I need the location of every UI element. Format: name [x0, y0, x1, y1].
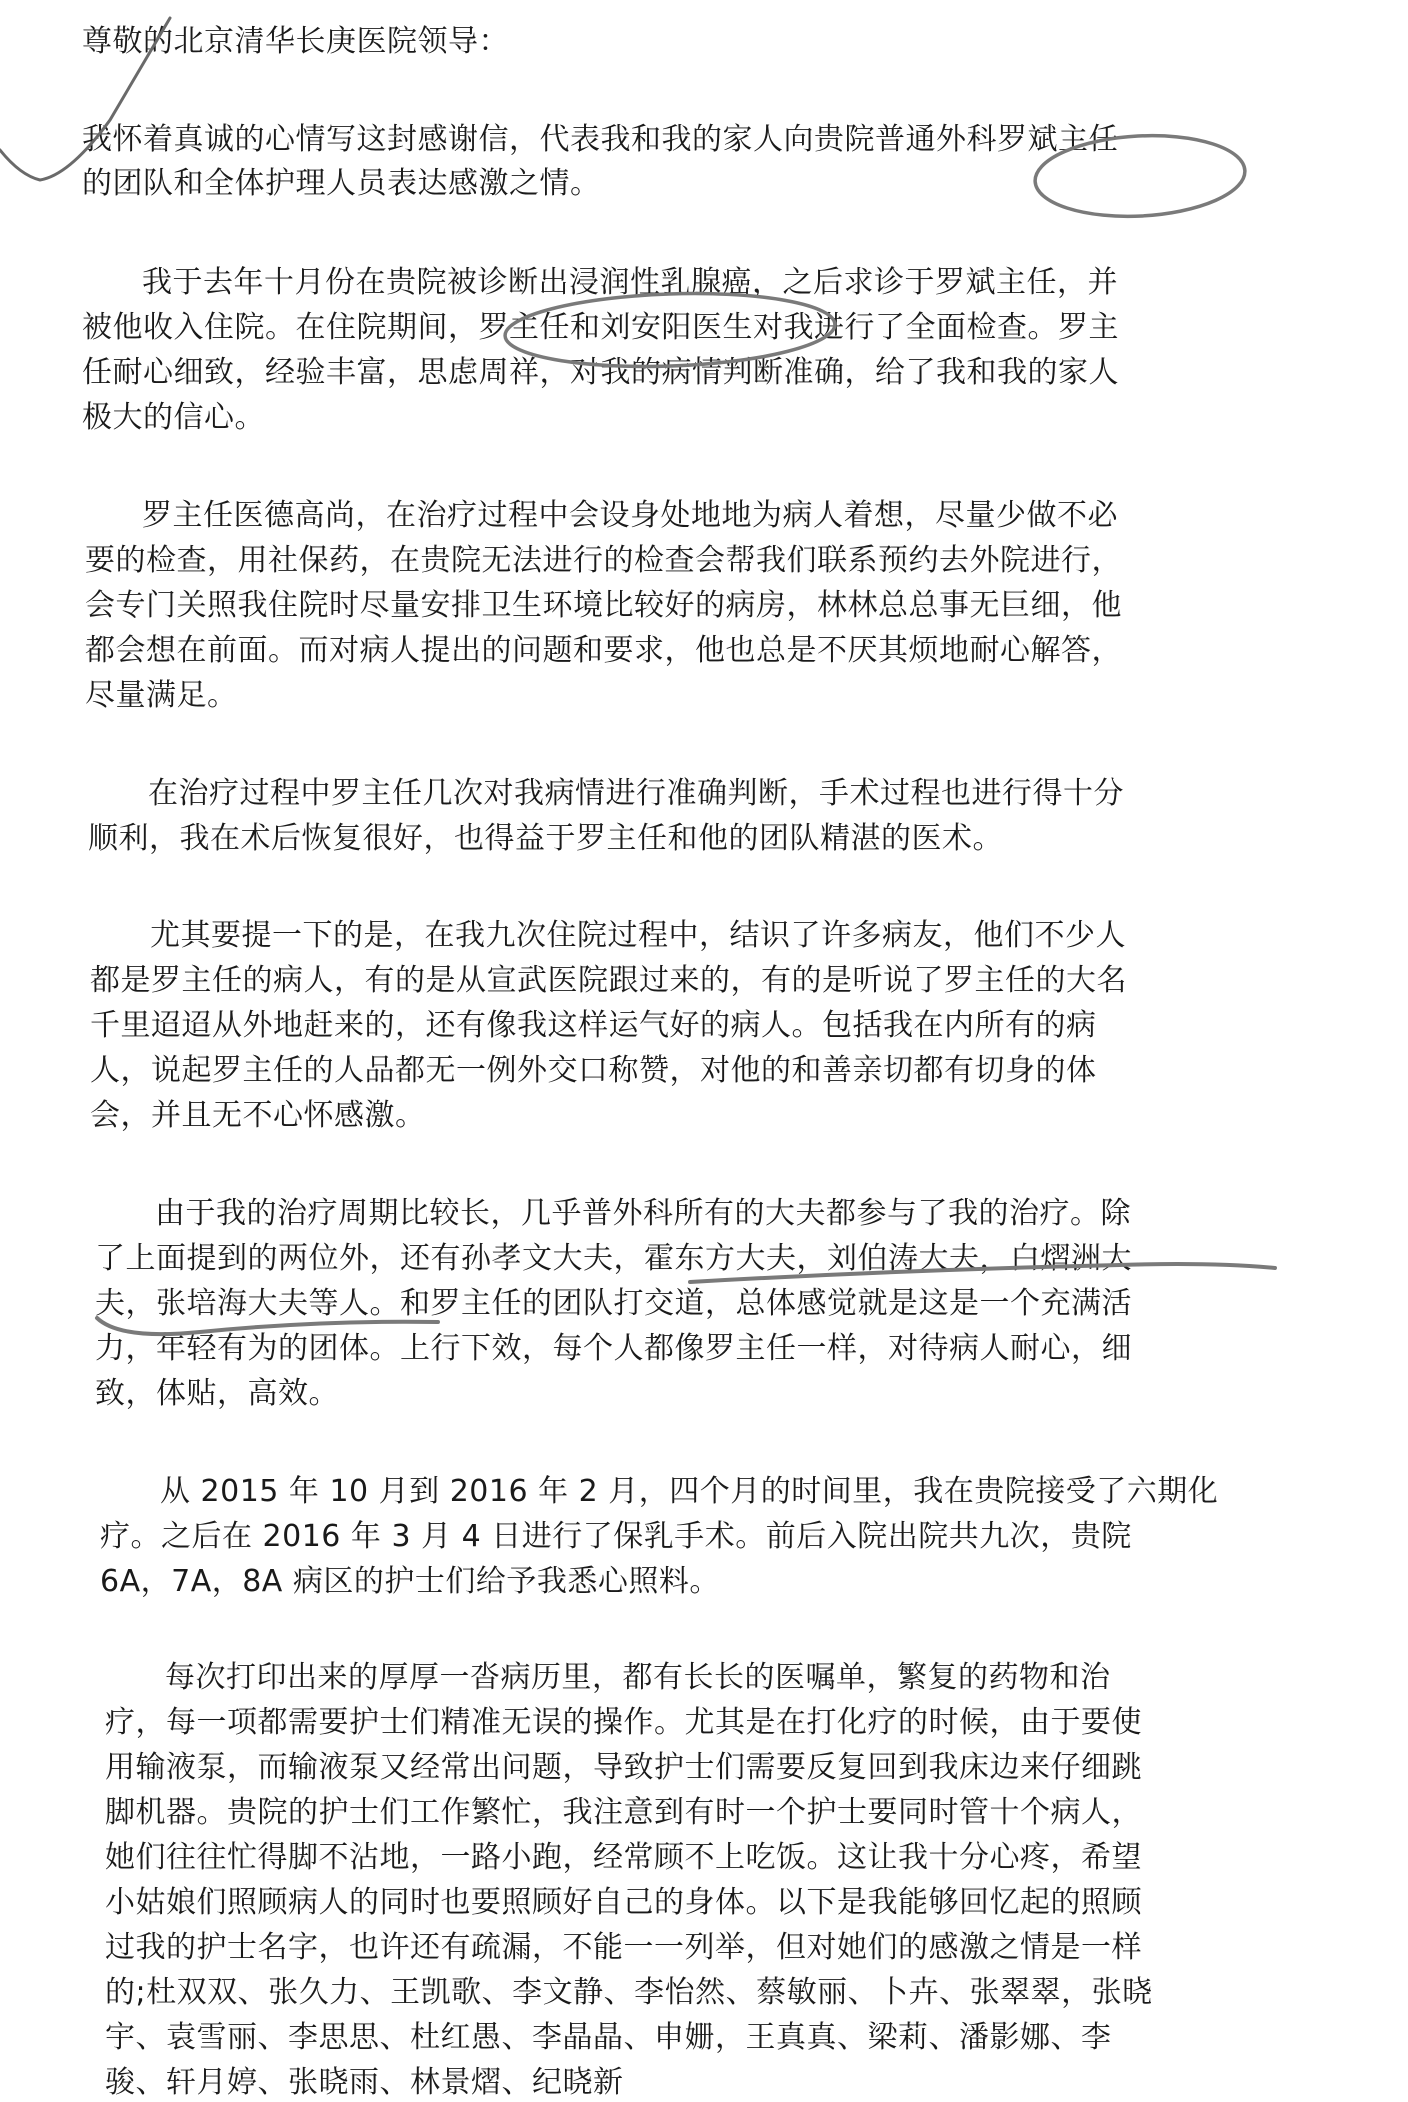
paragraph-8-line-8: 的;杜双双、张久力、王凯歌、李文静、李怡然、蔡敏丽、卜卉、张翠翠，张晓 — [105, 1975, 1153, 2011]
paragraph-8-line-1: 每次打印出来的厚厚一沓病历里，都有长长的医嘱单，繁复的药物和治 — [165, 1660, 1111, 1696]
paragraph-8-line-7: 过我的护士名字，也许还有疏漏，不能一一列举，但对她们的感激之情是一样 — [105, 1930, 1142, 1966]
paragraph-4-line-1: 在治疗过程中罗主任几次对我病情进行准确判断，手术过程也进行得十分 — [148, 776, 1124, 812]
paragraph-8-line-9: 宇、袁雪丽、李思思、杜红愚、李晶晶、申姗，王真真、梁莉、潘影娜、李 — [105, 2020, 1112, 2056]
paragraph-7-line-3: 6A，7A，8A 病区的护士们给予我悉心照料。 — [100, 1564, 720, 1600]
paragraph-2-line-2: 被他收入住院。在住院期间，罗主任和刘安阳医生对我进行了全面检查。罗主 — [82, 310, 1119, 346]
paragraph-6-line-4: 力，年轻有为的团体。上行下效，每个人都像罗主任一样，对待病人耐心，细 — [95, 1331, 1132, 1367]
paragraph-5-line-5: 会，并且无不心怀感激。 — [90, 1098, 426, 1134]
paragraph-6-line-3: 夫，张培海大夫等人。和罗主任的团队打交道，总体感觉就是这是一个充满活 — [95, 1286, 1132, 1322]
paragraph-4-line-2: 顺利，我在术后恢复很好，也得益于罗主任和他的团队精湛的医术。 — [88, 821, 1003, 857]
paragraph-1-line-2: 的团队和全体护理人员表达感激之情。 — [82, 166, 601, 202]
paragraph-5-line-1: 尤其要提一下的是，在我九次住院过程中，结识了许多病友，他们不少人 — [150, 918, 1126, 954]
paragraph-5-line-2: 都是罗主任的病人，有的是从宣武医院跟过来的，有的是听说了罗主任的大名 — [90, 963, 1127, 999]
paragraph-8-line-10: 骏、轩月婷、张晓雨、林景熠、纪晓新 — [105, 2065, 624, 2101]
paragraph-7-line-1: 从 2015 年 10 月到 2016 年 2 月，四个月的时间里，我在贵院接受… — [160, 1474, 1218, 1510]
paragraph-2-line-4: 极大的信心。 — [82, 400, 265, 436]
paragraph-8-line-3: 用输液泵，而输液泵又经常出问题，导致护士们需要反复回到我床边来仔细跳 — [105, 1750, 1142, 1786]
paragraph-6-line-5: 致，体贴，高效。 — [95, 1376, 339, 1412]
scanned-letter-page: 尊敬的北京清华长庚医院领导： 我怀着真诚的心情写这封感谢信，代表我和我的家人向贵… — [0, 0, 1408, 2102]
paragraph-2-line-1: 我于去年十月份在贵院被诊断出浸润性乳腺癌，之后求诊于罗斌主任，并 — [142, 265, 1118, 301]
paragraph-1-line-1: 我怀着真诚的心情写这封感谢信，代表我和我的家人向贵院普通外科罗斌主任 — [82, 122, 1119, 158]
salutation: 尊敬的北京清华长庚医院领导： — [82, 24, 509, 60]
paragraph-8-line-4: 脚机器。贵院的护士们工作繁忙，我注意到有时一个护士要同时管十个病人， — [105, 1795, 1142, 1831]
paragraph-7-line-2: 疗。之后在 2016 年 3 月 4 日进行了保乳手术。前后入院出院共九次，贵院 — [100, 1519, 1132, 1555]
paragraph-3-line-3: 会专门关照我住院时尽量安排卫生环境比较好的病房，林林总总事无巨细，他 — [85, 588, 1122, 624]
paragraph-3-line-1: 罗主任医德高尚，在治疗过程中会设身处地地为病人着想，尽量少做不必 — [142, 498, 1118, 534]
paragraph-8-line-2: 疗，每一项都需要护士们精准无误的操作。尤其是在打化疗的时候，由于要使 — [105, 1705, 1142, 1741]
paragraph-6-line-1: 由于我的治疗周期比较长，几乎普外科所有的大夫都参与了我的治疗。除 — [155, 1196, 1131, 1232]
paragraph-8-line-5: 她们往往忙得脚不沾地，一路小跑，经常顾不上吃饭。这让我十分心疼，希望 — [105, 1840, 1142, 1876]
paragraph-3-line-4: 都会想在前面。而对病人提出的问题和要求，他也总是不厌其烦地耐心解答， — [85, 633, 1122, 669]
paragraph-8-line-6: 小姑娘们照顾病人的同时也要照顾好自己的身体。以下是我能够回忆起的照顾 — [105, 1885, 1142, 1921]
paragraph-3-line-2: 要的检查，用社保药，在贵院无法进行的检查会帮我们联系预约去外院进行， — [85, 543, 1122, 579]
paragraph-2-line-3: 任耐心细致，经验丰富，思虑周祥，对我的病情判断准确，给了我和我的家人 — [82, 355, 1119, 391]
paragraph-5-line-4: 人，说起罗主任的人品都无一例外交口称赞，对他的和善亲切都有切身的体 — [90, 1053, 1097, 1089]
paragraph-5-line-3: 千里迢迢从外地赶来的，还有像我这样运气好的病人。包括我在内所有的病 — [90, 1008, 1097, 1044]
paragraph-3-line-5: 尽量满足。 — [85, 678, 238, 714]
paragraph-6-line-2: 了上面提到的两位外，还有孙孝文大夫，霍东方大夫，刘伯涛大夫，白熠洲大 — [95, 1241, 1132, 1277]
